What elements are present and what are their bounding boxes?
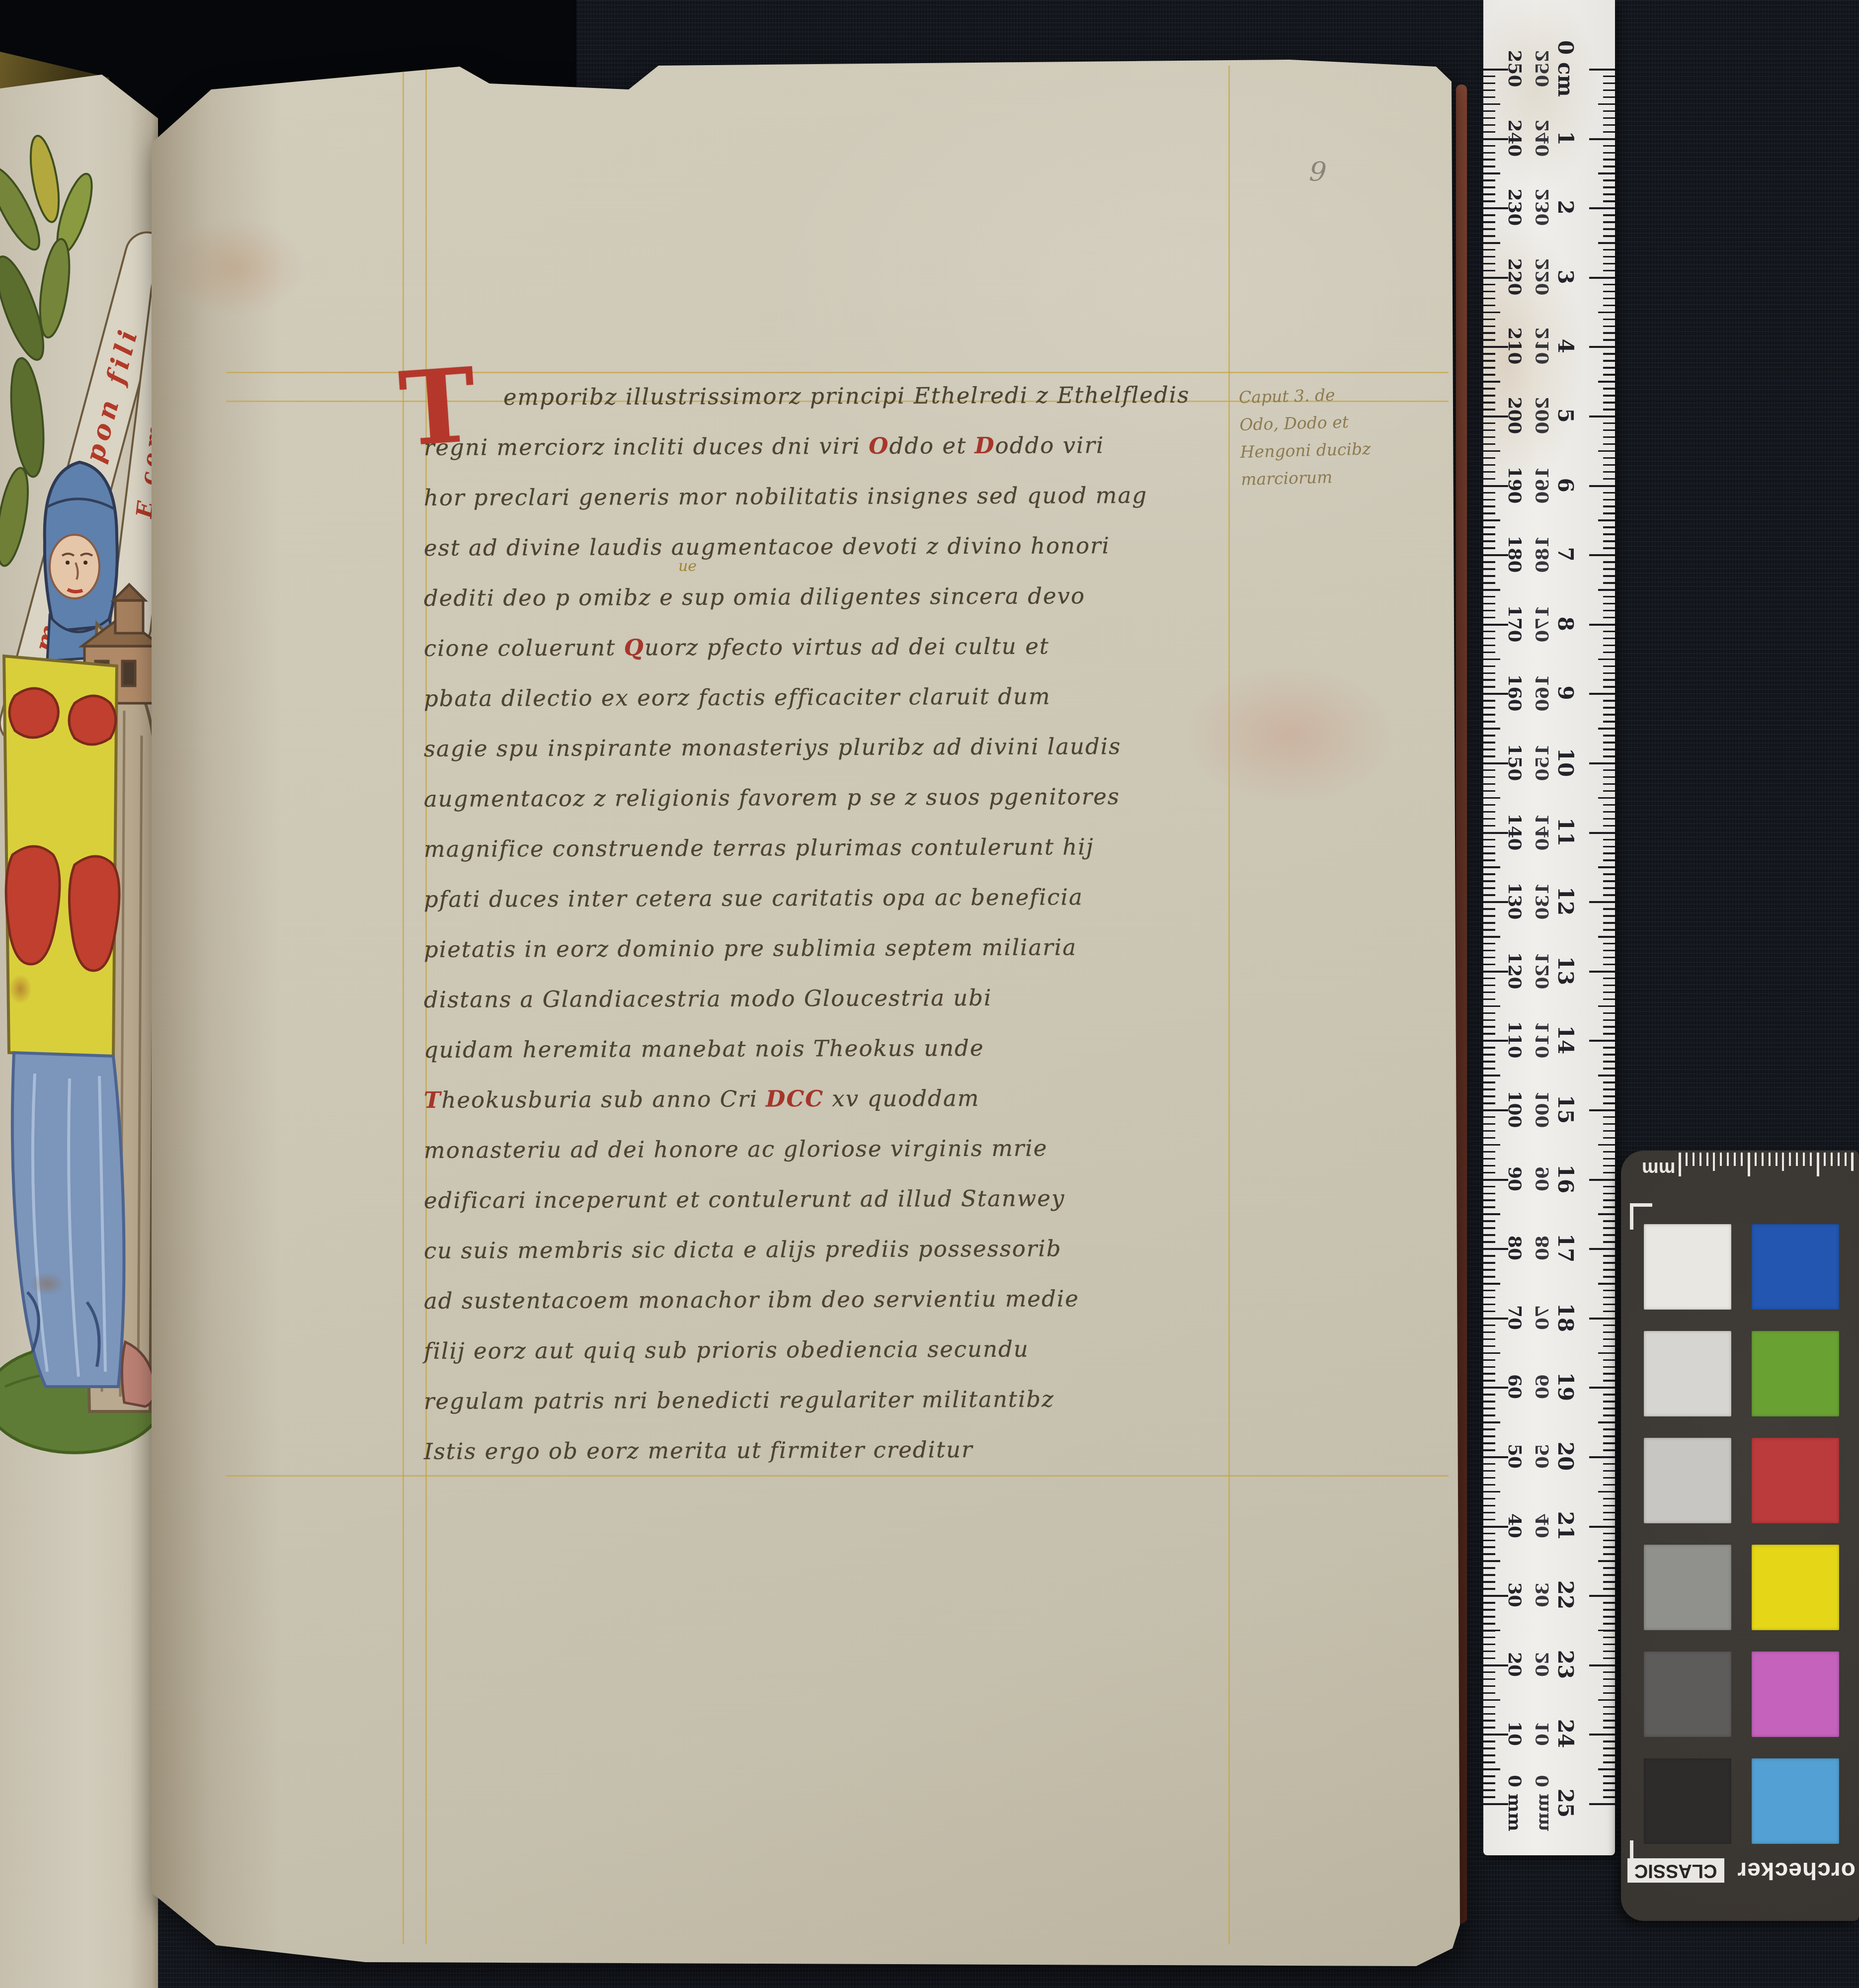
color-patch xyxy=(1644,1224,1731,1310)
ruler-mm-label: 220 xyxy=(1495,259,1535,294)
ruler-mm-label: 240 xyxy=(1523,121,1562,156)
manuscript-line: monasteriu ad dei honore ac gloriose vir… xyxy=(424,1134,1249,1187)
colorchecker-badge: CLASSIC xyxy=(1627,1859,1724,1883)
color-patch xyxy=(1752,1652,1839,1737)
manuscript-line: ad sustentacoem monachor ibm deo servien… xyxy=(424,1285,1249,1338)
ruler-mm-label: 180 xyxy=(1495,537,1535,572)
manuscript-line: augmentacoz z religionis favorem p se z … xyxy=(424,783,1249,836)
manuscript-line: pfati duces inter cetera sue caritatis o… xyxy=(424,883,1249,936)
ruler-mm-label: 10 xyxy=(1523,1716,1562,1751)
manuscript-line: Theokusburia sub anno Cri DCC xv quoddam xyxy=(424,1084,1249,1137)
manuscript-line: magnifice construende terras plurimas co… xyxy=(424,833,1249,886)
ruler-mm-label: 180 xyxy=(1523,537,1562,572)
ruler-mm-label: 240 xyxy=(1495,121,1535,156)
ruler-mm-label: 50 xyxy=(1523,1439,1562,1474)
ruler-cm-label: 25 xyxy=(1543,1779,1588,1827)
ruler-mm-label: 20 xyxy=(1523,1647,1562,1682)
ruler-mm-label: 160 xyxy=(1495,675,1535,710)
ruler-mm-label: 210 xyxy=(1523,329,1562,363)
colorchecker-brand-text: orchecker xyxy=(1737,1857,1856,1885)
ruler-cm-label: 14 xyxy=(1543,1016,1588,1064)
color-patch xyxy=(1644,1545,1731,1630)
ruler-cm-label: 0 cm xyxy=(1543,45,1588,92)
manuscript-line: dediti deo p omibz e sup omia diligentes… xyxy=(424,582,1249,635)
ruler-cm-label: 23 xyxy=(1543,1641,1588,1688)
color-patch xyxy=(1644,1438,1731,1523)
color-patch xyxy=(1644,1331,1731,1416)
ruler-mm-label: 200 xyxy=(1495,398,1535,433)
ruler-mm-label: 110 xyxy=(1495,1022,1535,1057)
manuscript-line: cu suis membris sic dicta e alijs predii… xyxy=(424,1235,1249,1288)
ruler-cm-label: 6 xyxy=(1543,461,1588,509)
ruler-mm-label: 170 xyxy=(1495,606,1535,641)
manuscript-line: hor preclari generis mor nobilitatis ins… xyxy=(424,482,1249,535)
ruler-mm-label: 60 xyxy=(1523,1369,1562,1404)
ruler-cm-label: 5 xyxy=(1543,392,1588,439)
ruler-mm-label: 150 xyxy=(1495,745,1535,780)
ruler-mm-label: 100 xyxy=(1523,1092,1562,1127)
colorchecker-mm-label: mm xyxy=(1642,1158,1676,1179)
ruler-mm-label: 230 xyxy=(1495,190,1535,225)
ruler-cm-label: 10 xyxy=(1543,739,1588,786)
ruler-mm-label: 200 xyxy=(1523,398,1562,433)
ruler-mm-label: 230 xyxy=(1523,190,1562,225)
ruler-cm-label: 11 xyxy=(1543,808,1588,856)
color-patch xyxy=(1752,1331,1839,1416)
ruler-cm-label: 20 xyxy=(1543,1432,1588,1480)
manuscript-line: cione coluerunt Quorz pfecto virtus ad d… xyxy=(424,632,1249,685)
ruler-mm-label: 60 xyxy=(1495,1369,1535,1404)
ruler-mm-label: 190 xyxy=(1495,468,1535,502)
ruler-cm-label: 16 xyxy=(1543,1155,1588,1203)
ruler-mm-label: 210 xyxy=(1495,329,1535,363)
ruler-mm-label: 70 xyxy=(1495,1300,1535,1335)
photographed-manuscript-scene: ma noru t pon fili E comu xyxy=(0,0,1859,1988)
color-patch xyxy=(1644,1652,1731,1737)
ruler-cm-label: 8 xyxy=(1543,600,1588,648)
ruler-mm-label: 40 xyxy=(1495,1508,1535,1543)
colorchecker-chart: mm orchecker CLASSIC xyxy=(1621,1151,1859,1921)
ruler-cm-label: 24 xyxy=(1543,1710,1588,1757)
ruler-mm-label: 30 xyxy=(1495,1577,1535,1612)
manuscript-line: pbata dilectio ex eorz factis efficacite… xyxy=(424,682,1249,736)
ruler-cm-label: 17 xyxy=(1543,1224,1588,1272)
ruler-cm-label: 7 xyxy=(1543,530,1588,578)
ruler-mm-label: 140 xyxy=(1523,815,1562,849)
manuscript-lines: emporibz illustrissimorz principi Ethelr… xyxy=(424,383,1249,1487)
ruler-cm-label: 9 xyxy=(1543,669,1588,717)
manuscript-line: quidam heremita manebat nois Theokus und… xyxy=(424,1034,1249,1087)
ruler-cm-label: 2 xyxy=(1543,183,1588,231)
ruler-cm-label: 13 xyxy=(1543,947,1588,994)
ruler-mm-label: 90 xyxy=(1495,1161,1535,1196)
ruler-mm-label: 50 xyxy=(1495,1439,1535,1474)
ruler-mm-label: 120 xyxy=(1523,953,1562,988)
ruler-cm-label: 22 xyxy=(1543,1571,1588,1619)
ruler-mm-label: 80 xyxy=(1523,1231,1562,1265)
ruler-mm-label: 130 xyxy=(1523,884,1562,918)
ruler-mm-label: 100 xyxy=(1495,1092,1535,1127)
manuscript-line: Istis ergo ob eorz merita ut firmiter cr… xyxy=(424,1435,1249,1489)
ruler-mm-label: 30 xyxy=(1523,1577,1562,1612)
ruler-mm-label: 140 xyxy=(1495,815,1535,849)
ruler-mm-label: 190 xyxy=(1523,468,1562,502)
color-patch xyxy=(1752,1758,1839,1844)
ruler-mm-label: 70 xyxy=(1523,1300,1562,1335)
ruling-line-left-outer xyxy=(403,66,404,1944)
ruler-mm-label: 110 xyxy=(1523,1022,1562,1057)
ruler-cm-label: 21 xyxy=(1543,1502,1588,1550)
ruler-cm-label: 18 xyxy=(1543,1294,1588,1341)
ruler-cm-label: 1 xyxy=(1543,114,1588,162)
ruler-mm-label: 220 xyxy=(1523,259,1562,294)
color-patch xyxy=(1644,1758,1731,1844)
ruler-mm-label: 20 xyxy=(1495,1647,1535,1682)
color-patch xyxy=(1752,1224,1839,1310)
ruler-cm-label: 12 xyxy=(1543,877,1588,925)
marginal-note-line: marciorum xyxy=(1241,460,1470,493)
color-patch xyxy=(1752,1545,1839,1630)
ruler-mm-label: 150 xyxy=(1523,745,1562,780)
ruler-mm-label: 170 xyxy=(1523,606,1562,641)
color-patch xyxy=(1752,1438,1839,1523)
ruler-mm-label: 130 xyxy=(1495,884,1535,918)
manuscript-line: regni merciorz incliti duces dni viri Od… xyxy=(424,431,1249,485)
ruler-mm-label: 160 xyxy=(1523,675,1562,710)
manuscript-line: emporibz illustrissimorz principi Ethelr… xyxy=(503,381,1249,434)
manuscript-line: est ad divine laudis augmentacoe devoti … xyxy=(424,532,1249,585)
manuscript-page: 9 T emporibz illustrissimorz principi Et… xyxy=(152,59,1460,1970)
manuscript-line: sagie spu inspirante monasteriys pluribz… xyxy=(424,733,1249,786)
ruler-mm-label: 90 xyxy=(1523,1161,1562,1196)
manuscript-line: pietatis in eorz dominio pre sublimia se… xyxy=(424,933,1249,987)
ruler-cm-label: 3 xyxy=(1543,253,1588,301)
manuscript-line: regulam patris nri benedicti regulariter… xyxy=(424,1385,1249,1438)
manuscript-line: edificari inceperunt et contulerunt ad i… xyxy=(424,1184,1249,1238)
folio-number: 9 xyxy=(1308,156,1328,188)
manuscript-line: distans a Glandiacestria modo Gloucestri… xyxy=(424,984,1249,1037)
ruler-mm-label: 80 xyxy=(1495,1231,1535,1265)
ruler-cm-label: 15 xyxy=(1543,1085,1588,1133)
interlinear-correction: ue xyxy=(678,558,697,575)
ruler-mm-label: 40 xyxy=(1523,1508,1562,1543)
manuscript-line: filij eorz aut quiq sub prioris obedienc… xyxy=(424,1335,1249,1388)
ruler-cm-label: 19 xyxy=(1543,1363,1588,1410)
ruler-cm-label: 4 xyxy=(1543,322,1588,370)
colorchecker-label: orchecker CLASSIC xyxy=(1634,1854,1856,1887)
ruler-mm-label: 10 xyxy=(1495,1716,1535,1751)
measurement-ruler: 2502502402402302302202202102102002001901… xyxy=(1483,0,1615,1855)
ruler-mm-label: 120 xyxy=(1495,953,1535,988)
marginal-note: Caput 3. deOdo, Dodo etHengoni ducibzmar… xyxy=(1238,378,1470,493)
